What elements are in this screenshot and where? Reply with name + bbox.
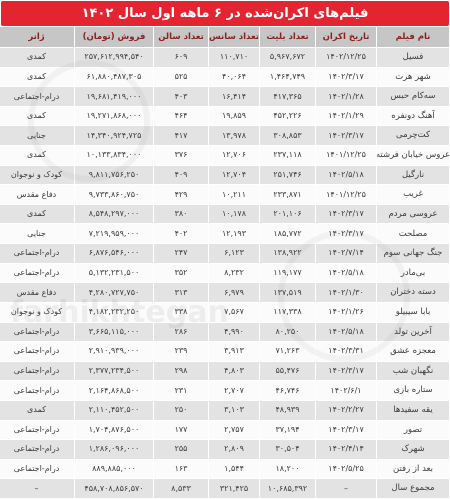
cell-sales: ۸,۵۴۸,۲۹۷,۰۰۰	[75, 205, 153, 224]
cell-name: مصلحت	[377, 224, 449, 243]
column-header-film-name: نام فیلم	[377, 27, 449, 47]
cell-sales: ۱,۷۰۴,۸۷۶,۵۰۰	[75, 421, 153, 440]
cell-date: ۱۴۰۲/۳/۱۷	[316, 421, 376, 440]
cell-name: کت‌چرمی	[377, 126, 449, 145]
cell-tickets: ۳۰,۵۰۴	[260, 440, 315, 459]
table-header-row: نام فیلم تاریخ اکران تعداد بلیت تعداد سا…	[1, 27, 449, 47]
cell-genre: کمدی	[0, 401, 74, 420]
cell-halls: ۲۵۰	[154, 401, 208, 420]
cell-name: آخرین تولد	[377, 323, 449, 342]
cell-genre: کودک و نوجوان	[0, 166, 74, 185]
cell-tickets: ۸۰,۲۵۰	[260, 323, 315, 342]
cell-sales: ۶,۸۷۶,۵۴۶,۰۰۰	[75, 244, 153, 263]
cell-tickets: ۲۳۷,۱۱۸	[260, 146, 315, 165]
table-row: تصور۱۴۰۲/۳/۱۷۳۷,۱۹۴۲,۷۵۷۱۷۷۱,۷۰۴,۸۷۶,۵۰۰…	[1, 421, 449, 440]
column-header-release-date: تاریخ اکران	[316, 27, 376, 47]
cell-genre: دفاع مقدس	[0, 185, 74, 204]
table-row: معجزه عشق۱۴۰۲/۳/۳۱۷۱,۲۶۳۳,۹۱۳۲۳۹۲,۹۱۰,۹۳…	[1, 342, 449, 361]
cell-halls: ۱۶۳	[154, 460, 208, 479]
cell-genre: درام-اجتماعی	[0, 244, 74, 263]
column-header-genre: ژانر	[0, 27, 74, 47]
cell-sessions: ۱۳,۹۷۸	[209, 126, 259, 145]
cell-sales: ۲,۱۶۴,۸۶۸,۵۰۰	[75, 381, 153, 400]
cell-sales: ۲,۹۱۰,۹۳۹,۰۰۰	[75, 342, 153, 361]
column-header-hall-count: تعداد سالن	[154, 27, 208, 47]
cell-genre: کمدی	[0, 205, 74, 224]
cell-name: آهنگ دونفره	[377, 107, 449, 126]
cell-date: ۱۴۰۲/۱/۲۸	[316, 87, 376, 106]
table-row: یقه سفیدها۱۴۰۲/۲/۲۷۴۸,۹۳۹۳,۱۰۳۲۵۰۲,۱۱۰,۴…	[1, 401, 449, 420]
cell-date: ۱۴۰۲/۵/۱۸	[316, 264, 376, 283]
cell-name: تصور	[377, 421, 449, 440]
cell-name: عروسی مردم	[377, 205, 449, 224]
cell-name: غریب	[377, 185, 449, 204]
films-table: نام فیلم تاریخ اکران تعداد بلیت تعداد سا…	[1, 27, 449, 498]
cell-sessions: ۱۲,۷۰۴	[209, 166, 259, 185]
cell-tickets: ۴۶,۷۴۶	[260, 381, 315, 400]
cell-date: ۱۴۰۲/۴/۱۴	[316, 440, 376, 459]
cell-genre: کمدی	[0, 68, 74, 87]
cell-genre: درام-اجتماعی	[0, 381, 74, 400]
table-row: ستاره بازی۱۴۰۲/۶/۱۴۶,۷۴۶۲,۷۰۷۲۳۱۲,۱۶۴,۸۶…	[1, 381, 449, 400]
cell-sessions: ۱۰,۲۱۱	[209, 185, 259, 204]
cell-sessions: ۴,۹۹۰	[209, 323, 259, 342]
column-header-ticket-count: تعداد بلیت	[260, 27, 315, 47]
cell-date: ۱۴۰۲/۷/۱۴	[316, 244, 376, 263]
cell-tickets: ۱۰,۶۸۵,۳۹۲	[260, 479, 315, 498]
cell-halls: ۲۹۸	[154, 362, 208, 381]
cell-halls: ۳۱۳	[154, 283, 208, 302]
cell-halls: ۴۱۷	[154, 126, 208, 145]
cell-name: سه‌کام حبس	[377, 87, 449, 106]
cell-halls: ۳۷۶	[154, 146, 208, 165]
cell-sessions: ۲,۸۰۹	[209, 440, 259, 459]
cell-name: مجموع سال	[377, 479, 449, 498]
table-row: سه‌کام حبس۱۴۰۲/۱/۲۸۴۱۷,۳۶۵۱۶,۴۱۴۴۰۳۱۹,۶۸…	[1, 87, 449, 106]
cell-sales: ۴,۱۸۲,۲۳۲,۲۵۰	[75, 303, 153, 322]
cell-tickets: ۱۱۷,۳۳۸	[260, 303, 315, 322]
cell-sessions: ۲,۷۰۷	[209, 381, 259, 400]
cell-name: عروس خیابان فرشته	[377, 146, 449, 165]
cell-tickets: ۳۷,۱۹۴	[260, 421, 315, 440]
cell-date: –	[316, 479, 376, 498]
cell-name: شهرک	[377, 440, 449, 459]
cell-genre: درام-اجتماعی	[0, 421, 74, 440]
table-row: بی‌مادر۱۴۰۲/۵/۱۸۱۱۹,۱۷۷۸,۲۳۲۳۵۲۵,۱۳۲,۲۳۱…	[1, 264, 449, 283]
cell-genre: جنایی	[0, 126, 74, 145]
cell-sessions: ۶,۱۲۳	[209, 244, 259, 263]
cell-sessions: ۱۲,۱۹۳	[209, 224, 259, 243]
cell-sessions: ۱۹,۸۵۹	[209, 107, 259, 126]
table-row: عروس خیابان فرشته۱۴۰۱/۱۲/۲۵۲۳۷,۱۱۸۱۲,۷۰۶…	[1, 146, 449, 165]
cell-genre: دفاع مقدس	[0, 283, 74, 302]
cell-tickets: ۴۵۲,۲۲۶	[260, 107, 315, 126]
cell-sessions: ۱۶,۴۱۴	[209, 87, 259, 106]
cell-halls: ۲۵۵	[154, 440, 208, 459]
table-row: شهر هرت۱۴۰۲/۳/۱۷۱,۴۶۴,۷۴۹۴۰,۰۶۴۵۲۵۶۱,۸۸۰…	[1, 68, 449, 87]
cell-halls: ۳۳۸	[154, 303, 208, 322]
cell-sessions: ۲,۷۵۷	[209, 421, 259, 440]
table-row: بابا سیبیلو۱۴۰۲/۱/۲۶۱۱۷,۳۳۸۷,۵۶۷۳۳۸۴,۱۸۲…	[1, 303, 449, 322]
table-row: آهنگ دونفره۱۴۰۲/۱/۲۹۴۵۲,۲۲۶۱۹,۸۵۹۴۶۴۱۹,۲…	[1, 107, 449, 126]
cell-tickets: ۴۸,۹۳۹	[260, 401, 315, 420]
cell-sales: ۲,۳۷۷,۲۳۴,۵۰۰	[75, 362, 153, 381]
cell-tickets: ۱۸,۲۰۰	[260, 460, 315, 479]
cell-genre: کمدی	[0, 48, 74, 67]
cell-halls: ۴۰۲	[154, 224, 208, 243]
cell-sales: ۳,۶۶۵,۱۱۵,۰۰۰	[75, 323, 153, 342]
cell-date: ۱۴۰۲/۵/۱۸	[316, 166, 376, 185]
cell-sessions: ۶,۹۷۹	[209, 283, 259, 302]
cell-genre: درام-اجتماعی	[0, 323, 74, 342]
cell-halls: ۲۳۹	[154, 342, 208, 361]
cell-halls: ۸,۵۳۳	[154, 479, 208, 498]
cell-halls: ۲۴۷	[154, 244, 208, 263]
cell-sales: ۱۹,۶۸۱,۴۱۹,۰۰۰	[75, 87, 153, 106]
cell-tickets: ۱۸۵,۷۷۲	[260, 224, 315, 243]
table-row: کت‌چرمی۱۴۰۲/۳/۱۷۳۰۸,۸۵۳۱۳,۹۷۸۴۱۷۱۴,۳۴۰,۹…	[1, 126, 449, 145]
cell-name: بی‌مادر	[377, 264, 449, 283]
cell-genre: درام-اجتماعی	[0, 440, 74, 459]
cell-sessions: ۸,۲۳۲	[209, 264, 259, 283]
cell-name: بابا سیبیلو	[377, 303, 449, 322]
cell-sessions: ۴,۸۰۳	[209, 362, 259, 381]
cell-halls: ۲۸۶	[154, 323, 208, 342]
table-row: غریب۱۴۰۱/۱۲/۲۵۲۳۳,۸۷۱۱۰,۲۱۱۴۲۹۹,۷۳۳,۸۶۰,…	[1, 185, 449, 204]
cell-name: فسیل	[377, 48, 449, 67]
cell-tickets: ۱,۴۶۴,۷۴۹	[260, 68, 315, 87]
cell-date: ۱۴۰۲/۳/۳۱	[316, 342, 376, 361]
table-row: نگهبان شب۱۴۰۲/۳/۱۷۵۵,۴۷۶۴,۸۰۳۲۹۸۲,۳۷۷,۲۳…	[1, 362, 449, 381]
cell-date: ۱۴۰۱/۱۲/۲۵	[316, 185, 376, 204]
cell-name: نگهبان شب	[377, 362, 449, 381]
cell-date: ۱۴۰۲/۵/۲۵	[316, 460, 376, 479]
cell-sessions: ۳۲۱,۴۲۵	[209, 479, 259, 498]
cell-name: نارگیل	[377, 166, 449, 185]
cell-sessions: ۳,۹۱۳	[209, 342, 259, 361]
cell-halls: ۴۰۹	[154, 166, 208, 185]
cell-tickets: ۲۳۳,۸۷۱	[260, 185, 315, 204]
cell-sales: ۹,۷۳۳,۸۶۰,۷۵۰	[75, 185, 153, 204]
cell-name: بعد از رفتن	[377, 460, 449, 479]
table-row: بعد از رفتن۱۴۰۲/۵/۲۵۱۸,۲۰۰۱,۵۴۴۱۶۳۸۸۹,۸۸…	[1, 460, 449, 479]
cell-date: ۱۴۰۲/۳/۱۷	[316, 205, 376, 224]
cell-halls: ۶۰۹	[154, 48, 208, 67]
table-title-bar: فیلم‌های اکران‌شده در ۶ ماهه اول سال ۱۴۰…	[1, 1, 449, 26]
table-row: عروسی مردم۱۴۰۲/۳/۱۷۲۰۱,۱۰۶۱۰,۱۷۸۳۸۰۸,۵۴۸…	[1, 205, 449, 224]
cell-sales: ۲۵۷,۶۱۲,۹۹۴,۵۴۰	[75, 48, 153, 67]
cell-sessions: ۱,۵۴۴	[209, 460, 259, 479]
cell-tickets: ۵,۹۶۷,۶۷۲	[260, 48, 315, 67]
cell-date: ۱۴۰۱/۱۲/۲۵	[316, 146, 376, 165]
cell-sessions: ۱۲,۷۰۶	[209, 146, 259, 165]
cell-sales: ۷,۲۱۹,۹۵۹,۰۰۰	[75, 224, 153, 243]
cell-halls: ۱۷۷	[154, 421, 208, 440]
cell-date: ۱۴۰۲/۳/۱۷	[316, 224, 376, 243]
cell-name: یقه سفیدها	[377, 401, 449, 420]
table-title: فیلم‌های اکران‌شده در ۶ ماهه اول سال ۱۴۰…	[82, 7, 369, 20]
cell-tickets: ۵۵,۴۷۶	[260, 362, 315, 381]
cell-halls: ۲۳۱	[154, 381, 208, 400]
cell-tickets: ۱۳۸,۹۲۲	[260, 244, 315, 263]
cell-sessions: ۳,۱۰۳	[209, 401, 259, 420]
cell-genre: کمدی	[0, 146, 74, 165]
cell-name: شهر هرت	[377, 68, 449, 87]
cell-genre: درام-اجتماعی	[0, 460, 74, 479]
cell-name: معجزه عشق	[377, 342, 449, 361]
cell-genre: کودک و نوجوان	[0, 303, 74, 322]
cell-sales: ۲,۱۱۰,۴۵۲,۵۰۰	[75, 401, 153, 420]
cell-date: ۱۴۰۲/۳/۱۷	[316, 126, 376, 145]
cell-sessions: ۱۰,۱۷۸	[209, 205, 259, 224]
cell-tickets: ۲۵۱,۷۴۶	[260, 166, 315, 185]
cell-halls: ۳۸۰	[154, 205, 208, 224]
cell-name: ستاره بازی	[377, 381, 449, 400]
cell-date: ۱۴۰۲/۱/۳۰	[316, 283, 376, 302]
cell-name: دسته دختران	[377, 283, 449, 302]
cell-genre: –	[0, 479, 74, 498]
cell-date: ۱۴۰۲/۱۲/۲۵	[316, 48, 376, 67]
table-row: آخرین تولد۱۴۰۲/۵/۱۸۸۰,۲۵۰۴,۹۹۰۲۸۶۳,۶۶۵,۱…	[1, 323, 449, 342]
cell-sessions: ۱۱۰,۷۱۰	[209, 48, 259, 67]
cell-halls: ۵۲۵	[154, 68, 208, 87]
cell-sessions: ۷,۵۶۷	[209, 303, 259, 322]
cell-genre: درام-اجتماعی	[0, 264, 74, 283]
cell-genre: کمدی	[0, 107, 74, 126]
total-row: مجموع سال–۱۰,۶۸۵,۳۹۲۳۲۱,۴۲۵۸,۵۳۳۴۵۸,۷۰۸,…	[1, 479, 449, 498]
cell-halls: ۴۲۹	[154, 185, 208, 204]
cell-sessions: ۴۰,۰۶۴	[209, 68, 259, 87]
cell-sales: ۸۸۹,۸۸۵,۰۰۰	[75, 460, 153, 479]
cell-sales: ۴۵۸,۷۰۸,۸۵۶,۵۷۰	[75, 479, 153, 498]
cell-tickets: ۱۳۷,۵۱۹	[260, 283, 315, 302]
cell-genre: درام-اجتماعی	[0, 362, 74, 381]
table-row: جنگ جهانی سوم۱۴۰۲/۷/۱۴۱۳۸,۹۲۲۶,۱۲۳۲۴۷۶,۸…	[1, 244, 449, 263]
table-row: مصلحت۱۴۰۲/۳/۱۷۱۸۵,۷۷۲۱۲,۱۹۳۴۰۲۷,۲۱۹,۹۵۹,…	[1, 224, 449, 243]
cell-sales: ۶۱,۸۸۰,۴۸۷,۳۰۵	[75, 68, 153, 87]
cell-sales: ۱,۲۸۶,۰۹۶,۰۰۰	[75, 440, 153, 459]
cell-tickets: ۴۱۷,۳۶۵	[260, 87, 315, 106]
cell-date: ۱۴۰۲/۲/۲۷	[316, 401, 376, 420]
cell-genre: درام-اجتماعی	[0, 87, 74, 106]
cell-tickets: ۷۱,۲۶۳	[260, 342, 315, 361]
cell-halls: ۳۵۲	[154, 264, 208, 283]
cell-date: ۱۴۰۲/۱/۲۶	[316, 303, 376, 322]
cell-genre: جنایی	[0, 224, 74, 243]
cell-name: جنگ جهانی سوم	[377, 244, 449, 263]
cell-tickets: ۳۰۸,۸۵۳	[260, 126, 315, 145]
cell-date: ۱۴۰۲/۵/۱۸	[316, 323, 376, 342]
cell-genre: درام-اجتماعی	[0, 342, 74, 361]
cell-sales: ۱۹,۲۷۱,۸۶۸,۰۰۰	[75, 107, 153, 126]
cell-halls: ۴۰۳	[154, 87, 208, 106]
column-header-sales-toman: فروش (تومان)	[75, 27, 153, 47]
cell-sales: ۵,۱۳۲,۲۳۱,۵۰۰	[75, 264, 153, 283]
cell-date: ۱۴۰۲/۱/۲۹	[316, 107, 376, 126]
cell-halls: ۴۶۴	[154, 107, 208, 126]
cell-sales: ۴,۲۸۰,۷۲۷,۷۵۰	[75, 283, 153, 302]
table-row: نارگیل۱۴۰۲/۵/۱۸۲۵۱,۷۴۶۱۲,۷۰۴۴۰۹۹,۸۱۱,۷۵۶…	[1, 166, 449, 185]
cell-sales: ۹,۸۱۱,۷۵۶,۲۵۰	[75, 166, 153, 185]
table-row: فسیل۱۴۰۲/۱۲/۲۵۵,۹۶۷,۶۷۲۱۱۰,۷۱۰۶۰۹۲۵۷,۶۱۲…	[1, 48, 449, 67]
cell-sales: ۱۴,۳۴۰,۹۲۴,۷۲۵	[75, 126, 153, 145]
cell-date: ۱۴۰۲/۳/۱۷	[316, 68, 376, 87]
cell-date: ۱۴۰۲/۶/۱	[316, 381, 376, 400]
cell-tickets: ۱۱۹,۱۷۷	[260, 264, 315, 283]
cell-sales: ۱۰,۱۳۳,۸۳۴,۰۰۰	[75, 146, 153, 165]
film-table-page: فیلم‌های اکران‌شده در ۶ ماهه اول سال ۱۴۰…	[0, 0, 450, 499]
column-header-session-count: تعداد سانس	[209, 27, 259, 47]
cell-date: ۱۴۰۲/۳/۱۷	[316, 362, 376, 381]
cell-tickets: ۲۰۱,۱۰۶	[260, 205, 315, 224]
table-row: دسته دختران۱۴۰۲/۱/۳۰۱۳۷,۵۱۹۶,۹۷۹۳۱۳۴,۲۸۰…	[1, 283, 449, 302]
table-row: شهرک۱۴۰۲/۴/۱۴۳۰,۵۰۴۲,۸۰۹۲۵۵۱,۲۸۶,۰۹۶,۰۰۰…	[1, 440, 449, 459]
